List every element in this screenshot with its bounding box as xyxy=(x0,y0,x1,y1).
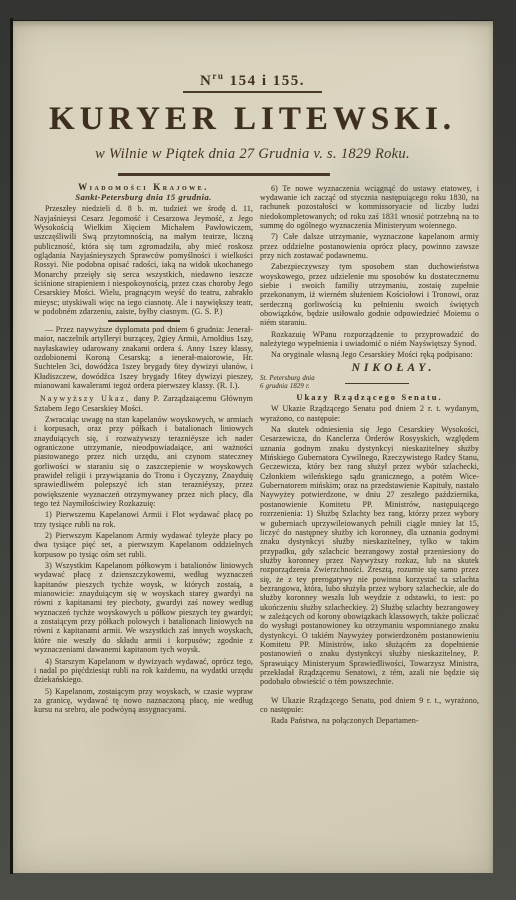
newspaper-page: Nru 154 i 155. KURYER LITEWSKI. w Wilnie… xyxy=(12,21,493,873)
left-column: Wiadomości Krajowe. Sankt-Petersburg dni… xyxy=(34,182,253,726)
ukaz-item-5: 5) Kapelanom, zostaiącym przy woyskach, … xyxy=(34,687,253,715)
senate-heading: Ukazy Rządzącego Senatu. xyxy=(260,393,479,402)
paragraph-senate-body: Na skutek odniesienia się Jego Cesarskie… xyxy=(260,425,479,687)
issue-number: Nru 154 i 155. xyxy=(183,71,322,93)
signature-place: St. Petersburg dnia xyxy=(260,375,315,383)
issue-superscript: ru xyxy=(212,71,224,81)
ukaz-heading-spaced: Naywyższy Ukaz, xyxy=(40,394,130,403)
paragraph-senate2-intro: W Ukazie Rządzącego Senatu, pod dniem 9 … xyxy=(260,696,479,715)
issue-prefix: N xyxy=(200,73,212,89)
ukaz-heading: Naywyższy Ukaz, dany P. Zarządzaiącemu G… xyxy=(34,394,253,413)
section-heading-domestic-news: Wiadomości Krajowe. xyxy=(34,183,253,192)
newspaper-title: KURYER LITEWSKI. xyxy=(12,101,493,138)
ukaz-item-2: 2) Pierwszym Kapelanom Armiy wydawać tyl… xyxy=(34,531,253,559)
paragraph-chaplains-intro: Zwracaiąc uwagę na stan kapelanów woysko… xyxy=(34,415,253,508)
section-divider xyxy=(345,383,409,384)
masthead: Nru 154 i 155. KURYER LITEWSKI. w Wilnie… xyxy=(12,21,493,176)
paragraph-divider xyxy=(108,320,180,322)
ukaz-item-4: 4) Starszym Kapelanom w dywizyach wydawa… xyxy=(34,657,253,685)
scan-background: Nru 154 i 155. KURYER LITEWSKI. w Wilnie… xyxy=(0,0,516,900)
signature-dateline: St. Petersburg dnia 6 grudnia 1829 r. xyxy=(260,375,315,391)
ukaz-item-3: 3) Wszystkim Kapelanom półkowym i batali… xyxy=(34,561,253,654)
ukaz-item-1: 1) Pierwszemu Kapelanowi Armii i Flot wy… xyxy=(34,510,253,529)
paragraph-theatre: Przeszłey niedzieli d. 8 b. m. tudzież w… xyxy=(34,204,253,316)
paragraph-original-signed: Na oryginale własną Jego Cesarskiey Mośc… xyxy=(260,350,479,359)
masthead-divider xyxy=(118,173,330,176)
imperial-signature: NIKOŁAY. xyxy=(260,364,479,373)
paragraph-diplomas: — Przez naywyższe dyplomata pod dniem 6 … xyxy=(34,325,253,390)
right-column: 6) Te nowe wyznaczenia wciągnąć do ustaw… xyxy=(260,182,479,726)
issue-rest: 154 i 155. xyxy=(224,73,305,89)
ukaz-item-7: 7) Całe dalsze utrzymanie, wyznaczone ka… xyxy=(260,232,479,260)
paragraph-assurance: Zabezpieczywszy tym sposobem stan duchow… xyxy=(260,262,479,327)
ukaz-item-6: 6) Te nowe wyznaczenia wciągnąć do ustaw… xyxy=(260,184,479,231)
paragraph-order: Rozkazuię WPanu rozporządzenie to przypr… xyxy=(260,330,479,349)
signature-date-row: St. Petersburg dnia 6 grudnia 1829 r. xyxy=(260,375,479,391)
binding-edge xyxy=(10,18,13,874)
paragraph-senate2-body: Rada Państwa, na połączonych Departamen- xyxy=(260,716,479,725)
signature-date: 6 grudnia 1829 r. xyxy=(260,383,315,391)
paragraph-senate-intro: W Ukazie Rządzącego Senatu pod dniem 2 r… xyxy=(260,404,479,423)
dateline: w Wilnie w Piątek dnia 27 Grudnia v. s. … xyxy=(12,146,493,163)
article-columns: Wiadomości Krajowe. Sankt-Petersburg dni… xyxy=(12,180,493,726)
section-subheading-petersburg: Sankt-Petersburg dnia 15 grudnia. xyxy=(34,193,253,202)
